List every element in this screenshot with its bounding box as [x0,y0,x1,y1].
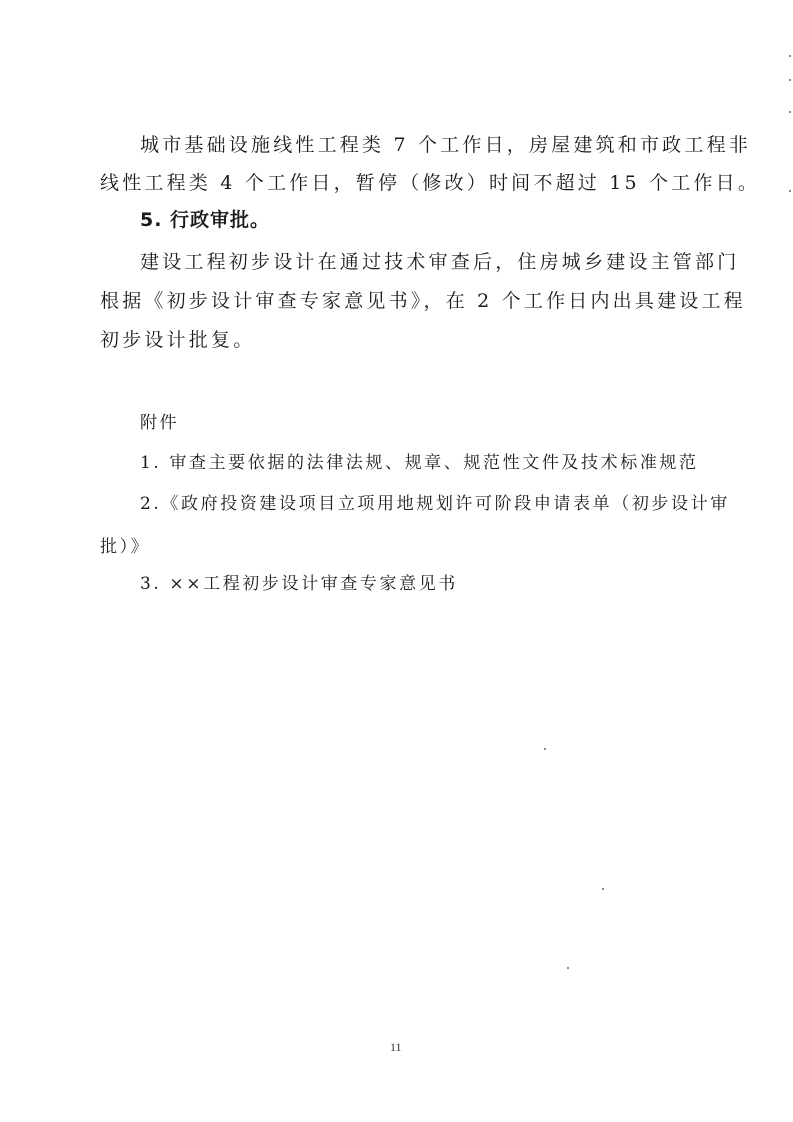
scan-speck [602,888,604,890]
attachment-item-2-continued: 批）》 [100,535,150,559]
attachments-title: 附件 [140,411,179,435]
attachment-item-2: 2.《政府投资建设项目立项用地规划许可阶段申请表单（初步设计审 [140,492,730,516]
scan-speck [789,190,791,192]
attachment-item-1: 1. 审查主要依据的法律法规、规章、规范性文件及技术标准规范 [140,451,699,475]
paragraph-line-4: 根据《初步设计审查专家意见书》，在 2 个工作日内出具建设工程 [100,289,746,313]
attachment-item-3: 3. ××工程初步设计审查专家意见书 [140,572,458,596]
paragraph-line-5: 初步设计批复。 [100,328,255,352]
scan-speck [567,967,569,969]
page-number: 11 [390,1040,402,1055]
paragraph-line-3: 建设工程初步设计在通过技术审查后，住房城乡建设主管部门 [140,250,739,274]
scan-speck [789,79,791,81]
section-heading-administrative-approval: 5. 行政审批。 [140,208,270,232]
paragraph-line-2: 线性工程类 4 个工作日，暂停（修改）时间不超过 15 个工作日。 [100,171,760,195]
scan-speck [544,748,546,750]
scan-speck [789,111,791,113]
paragraph-line-1: 城市基础设施线性工程类 7 个工作日，房屋建筑和市政工程非 [140,133,751,157]
scan-speck [789,55,791,57]
